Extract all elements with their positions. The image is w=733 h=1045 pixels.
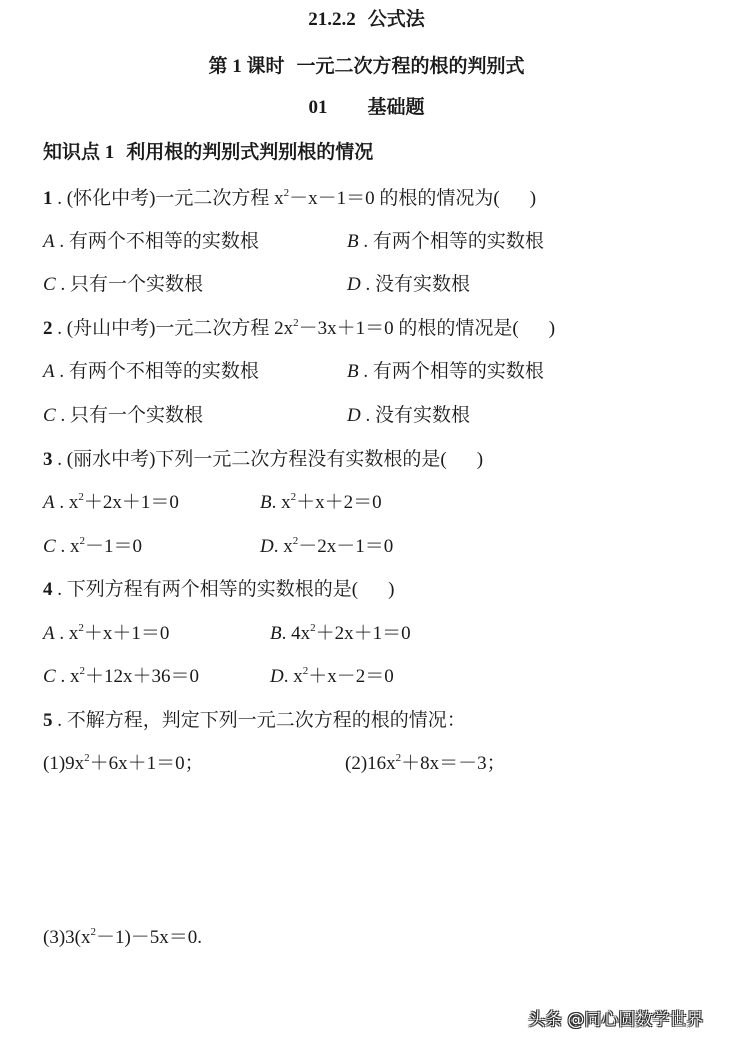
option-letter: C [43,536,56,557]
question-2-option-a: A . 有两个不相等的实数根 [43,360,259,384]
question-1-option-a: A . 有两个不相等的实数根 [43,230,259,254]
option-letter: D [347,274,361,295]
question-5-part-1: (1)9x2＋6x＋1＝0； [43,752,204,776]
option-letter: C [43,666,56,687]
option-letter: B [260,492,272,513]
section-number: 21.2.2 [308,9,356,30]
question-source: (舟山中考) [67,318,156,339]
stem-text: －3x＋1＝0 的根的情况是( [299,318,519,339]
question-4-option-d: D. x2＋x－2＝0 [270,665,394,689]
option-letter: B [347,361,359,382]
option-text: 4x [291,623,310,644]
stem-text: ) [530,188,536,209]
option-letter: D [260,536,274,557]
part-text: －1)－5x＝0. [96,927,202,948]
stem-text: ) [549,318,555,339]
option-letter: C [43,405,56,426]
option-text: x [70,666,80,687]
question-2-stem: 2 . (舟山中考)一元二次方程 2x2－3x＋1＝0 的根的情况是() [43,317,555,341]
stem-text: ) [388,579,394,600]
option-text: 有两个不相等的实数根 [69,231,259,252]
lesson-heading: 第 1 课时一元二次方程的根的判别式 [0,55,733,79]
question-number: 5 [43,710,53,731]
question-4-option-a: A . x2＋x＋1＝0 [43,622,169,646]
lesson-title: 一元二次方程的根的判别式 [297,56,525,77]
part-heading: 01基础题 [0,96,733,120]
option-text: 有两个相等的实数根 [373,231,544,252]
section-heading: 21.2.2公式法 [0,8,733,32]
section-title: 公式法 [368,9,425,30]
stem-text: 一元二次方程 2x [155,318,293,339]
question-1-option-d: D . 没有实数根 [347,273,470,297]
question-2-option-c: C . 只有一个实数根 [43,404,203,428]
option-text: ＋x－2＝0 [308,666,394,687]
option-letter: B [347,231,359,252]
stem-text: －x－1＝0 的根的情况为( [289,188,500,209]
question-number: 4 [43,579,53,600]
stem-text: 一元二次方程 x [155,188,283,209]
question-4-option-c: C . x2＋12x＋36＝0 [43,665,199,689]
watermark: 头条 @同心圆数学世界 [528,1005,703,1030]
option-text: 只有一个实数根 [70,405,203,426]
option-text: ＋x＋1＝0 [84,623,170,644]
knowledge-point-label: 知识点 1 [43,142,114,163]
question-source: (怀化中考) [67,188,156,209]
question-4-stem: 4 . 下列方程有两个相等的实数根的是() [43,578,394,602]
question-3-stem: 3 . (丽水中考)下列一元二次方程没有实数根的是() [43,448,483,472]
question-3-option-a: A . x2＋2x＋1＝0 [43,491,179,515]
option-text: ＋x＋2＝0 [296,492,382,513]
option-text: 有两个相等的实数根 [373,361,544,382]
part-title: 基础题 [367,97,424,118]
knowledge-point-title: 利用根的判别式判别根的情况 [126,142,373,163]
question-1-option-c: C . 只有一个实数根 [43,273,203,297]
question-2-option-d: D . 没有实数根 [347,404,470,428]
question-3-option-c: C . x2－1＝0 [43,535,142,559]
option-letter: A [43,361,55,382]
question-1-option-b: B . 有两个相等的实数根 [347,230,544,254]
option-text: x [70,536,80,557]
knowledge-point-heading: 知识点 1利用根的判别式判别根的情况 [43,141,373,165]
option-text: x [69,623,79,644]
stem-text: ) [477,449,483,470]
stem-text: 下列一元二次方程没有实数根的是( [155,449,446,470]
part-text: ＋8x＝－3； [401,753,506,774]
question-number: 1 [43,188,53,209]
part-text: ＋6x＋1＝0； [90,753,204,774]
question-3-option-b: B. x2＋x＋2＝0 [260,491,382,515]
option-letter: A [43,492,55,513]
option-letter: C [43,274,56,295]
option-text: －1＝0 [85,536,142,557]
option-text: 有两个不相等的实数根 [69,361,259,382]
option-letter: D [270,666,284,687]
option-text: 没有实数根 [375,274,470,295]
option-text: x [281,492,291,513]
option-letter: D [347,405,361,426]
option-text: ＋12x＋36＝0 [85,666,199,687]
question-3-option-d: D. x2－2x－1＝0 [260,535,393,559]
question-5-part-2: (2)16x2＋8x＝－3； [345,752,506,776]
part-text: (3)3(x [43,927,90,948]
option-letter: B [270,623,282,644]
option-text: x [69,492,79,513]
part-text: (1)9x [43,753,84,774]
option-text: x [283,536,293,557]
part-number: 01 [308,97,327,118]
question-1-stem: 1 . (怀化中考)一元二次方程 x2－x－1＝0 的根的情况为() [43,187,536,211]
question-number: 3 [43,449,53,470]
lesson-prefix: 第 1 课时 [208,56,284,77]
option-letter: A [43,623,55,644]
stem-text: 下列方程有两个相等的实数根的是( [67,579,358,600]
option-letter: A [43,231,55,252]
option-text: ＋2x＋1＝0 [316,623,411,644]
stem-text: 不解方程，判定下列一元二次方程的根的情况： [67,710,466,731]
option-text: ＋2x＋1＝0 [84,492,179,513]
question-4-option-b: B. 4x2＋2x＋1＝0 [270,622,411,646]
option-text: 只有一个实数根 [70,274,203,295]
option-text: x [293,666,303,687]
question-2-option-b: B . 有两个相等的实数根 [347,360,544,384]
question-number: 2 [43,318,53,339]
option-text: 没有实数根 [375,405,470,426]
part-text: (2)16x [345,753,396,774]
question-5-stem: 5 . 不解方程，判定下列一元二次方程的根的情况： [43,709,466,733]
option-text: －2x－1＝0 [298,536,393,557]
question-source: (丽水中考) [67,449,156,470]
question-5-part-3: (3)3(x2－1)－5x＝0. [43,926,202,950]
